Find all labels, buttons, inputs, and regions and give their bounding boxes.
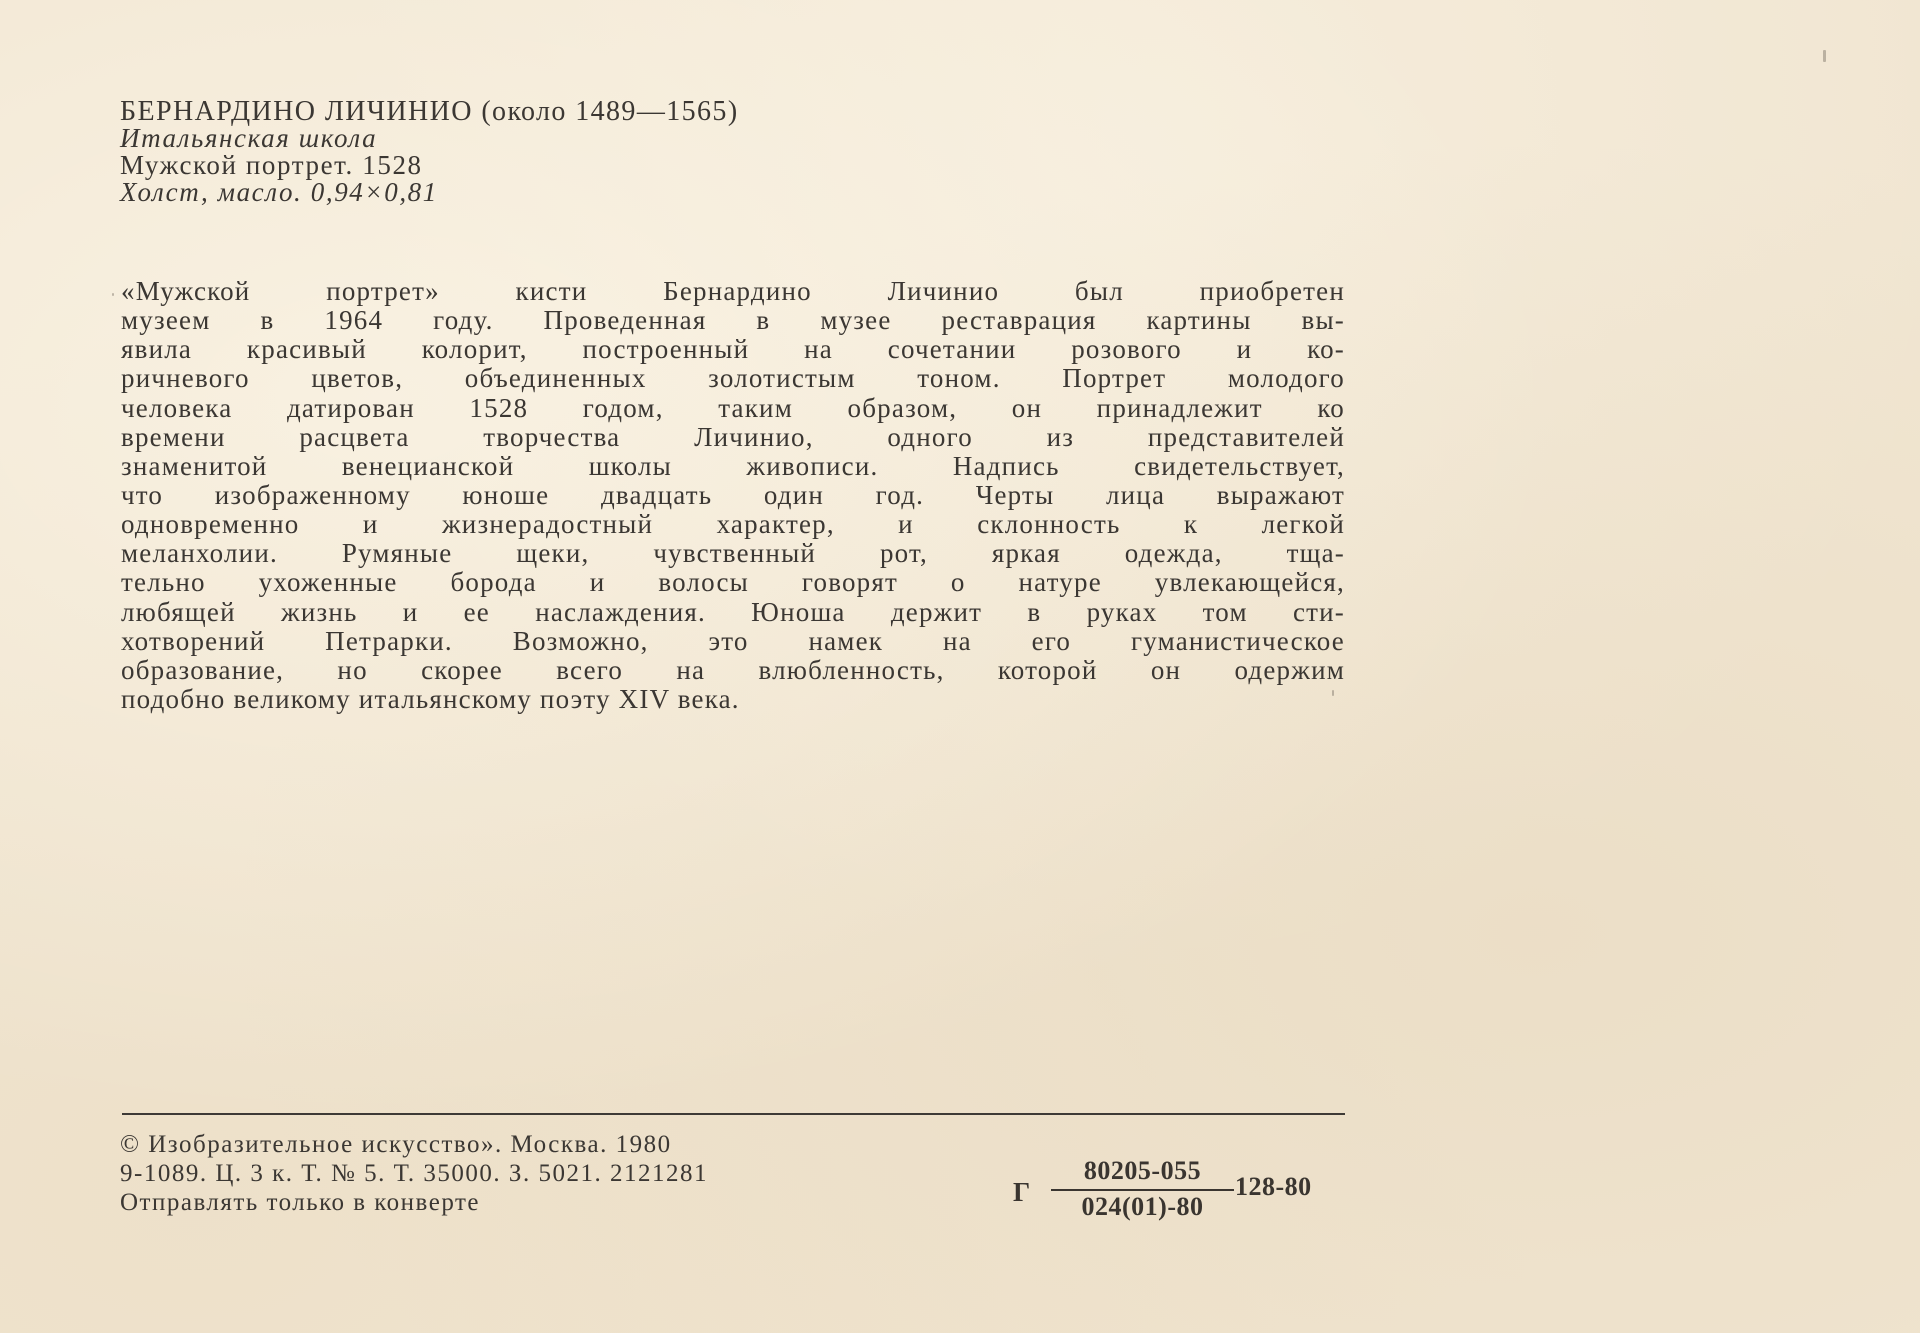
description-line: хотворений Петрарки. Возможно, это намек… <box>121 627 1345 656</box>
imprint-numerator: 80205-055 <box>1051 1155 1234 1191</box>
description-line: одновременно и жизнерадостный характер, … <box>121 510 1345 539</box>
artwork-title: Мужской портрет. 1528 <box>120 152 739 179</box>
copyright-line: © Изобразительное искусство». Москва. 19… <box>120 1130 708 1159</box>
footer-divider <box>122 1113 1345 1115</box>
description-line: что изображенному юноше двадцать один го… <box>121 481 1345 510</box>
print-details: 9-1089. Ц. 3 к. Т. № 5. Т. 35000. З. 502… <box>120 1159 708 1188</box>
description-line: подобно великому итальянскому поэту XIV … <box>121 685 1345 714</box>
paper-speck <box>1823 50 1826 62</box>
artwork-description: «Мужской портрет» кисти Бернардино Личин… <box>121 277 1345 714</box>
paper-speck <box>112 293 114 296</box>
imprint-fraction: 80205-055 024(01)-80 <box>1051 1155 1234 1223</box>
description-line: времени расцвета творчества Личинио, одн… <box>121 423 1345 452</box>
mailing-notice: Отправлять только в конверте <box>120 1188 708 1217</box>
imprint-denominator: 024(01)-80 <box>1051 1191 1234 1223</box>
description-line: ричневого цветов, объединенных золотисты… <box>121 364 1345 393</box>
description-line: любящей жизнь и ее наслаждения. Юноша де… <box>121 598 1345 627</box>
description-line: «Мужской портрет» кисти Бернардино Личин… <box>121 277 1345 306</box>
description-line: человека датирован 1528 годом, таким обр… <box>121 394 1345 423</box>
art-school: Итальянская школа <box>120 125 739 152</box>
description-line: явила красивый колорит, построенный на с… <box>121 335 1345 364</box>
imprint-code: 128-80 <box>1235 1172 1312 1202</box>
description-line: тельно ухоженные борода и волосы говорят… <box>121 568 1345 597</box>
imprint-letter: Г <box>1013 1177 1030 1208</box>
publisher-info: © Изобразительное искусство». Москва. 19… <box>120 1130 708 1217</box>
paper-speck <box>1332 690 1334 696</box>
artwork-medium-size: Холст, масло. 0,94×0,81 <box>120 179 739 206</box>
artwork-caption: БЕРНАРДИНО ЛИЧИНИО (около 1489—1565) Ита… <box>120 98 739 206</box>
description-line: знаменитой венецианской школы живописи. … <box>121 452 1345 481</box>
artist-name: БЕРНАРДИНО ЛИЧИНИО (около 1489—1565) <box>120 98 739 125</box>
description-line: меланхолии. Румяные щеки, чувственный ро… <box>121 539 1345 568</box>
description-line: образование, но скорее всего на влюбленн… <box>121 656 1345 685</box>
postcard-back: БЕРНАРДИНО ЛИЧИНИО (около 1489—1565) Ита… <box>0 0 1920 1333</box>
description-line: музеем в 1964 году. Проведенная в музее … <box>121 306 1345 335</box>
